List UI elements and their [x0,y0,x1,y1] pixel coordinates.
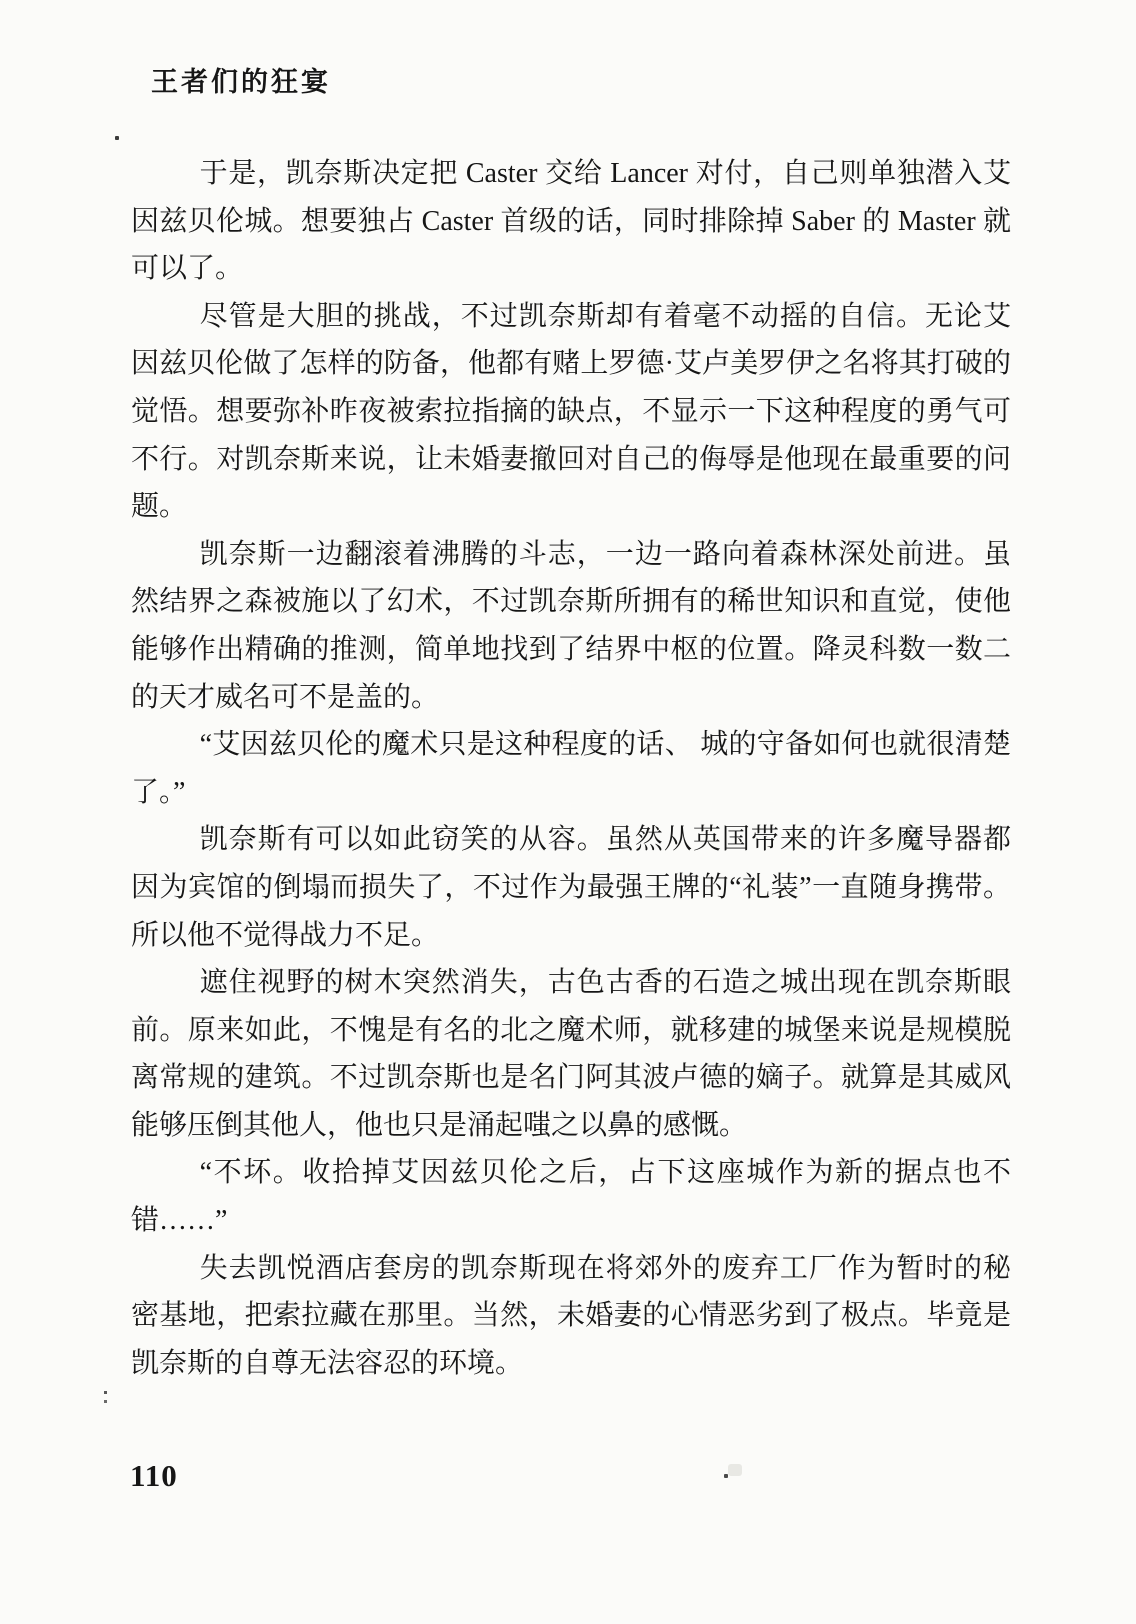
scan-speck-icon [115,136,119,140]
paragraph: 于是，凯奈斯决定把 Caster 交给 Lancer 对付，自己则单独潜入艾因兹… [131,150,1011,293]
paragraph: 遮住视野的树木突然消失，古色古香的石造之城出现在凯奈斯眼前。原来如此，不愧是有名… [131,959,1011,1149]
page-number: 110 [130,1458,178,1494]
page-body: 于是，凯奈斯决定把 Caster 交给 Lancer 对付，自己则单独潜入艾因兹… [131,150,1011,1387]
paragraph-dialogue: “艾因兹贝伦的魔术只是这种程度的话、 城的守备如何也就很清楚了。” [131,721,1011,816]
scan-speck-icon [104,1391,107,1394]
paragraph: 失去凯悦酒店套房的凯奈斯现在将郊外的废弃工厂作为暂时的秘密基地，把索拉藏在那里。… [131,1245,1011,1388]
book-page: 王者们的狂宴 于是，凯奈斯决定把 Caster 交给 Lancer 对付，自己则… [0,0,1136,1624]
paragraph: 凯奈斯一边翻滚着沸腾的斗志，一边一路向着森林深处前进。虽然结界之森被施以了幻术，… [131,531,1011,721]
running-header-title: 王者们的狂宴 [151,60,331,99]
paragraph: 尽管是大胆的挑战，不过凯奈斯却有着毫不动摇的自信。无论艾因兹贝伦做了怎样的防备，… [131,293,1011,531]
paragraph: 凯奈斯有可以如此窃笑的从容。虽然从英国带来的许多魔导器都因为宾馆的倒塌而损失了，… [131,816,1011,959]
scan-speck-icon [724,1474,728,1478]
paragraph-dialogue: “不坏。收拾掉艾因兹贝伦之后，占下这座城作为新的据点也不错……” [131,1149,1011,1244]
